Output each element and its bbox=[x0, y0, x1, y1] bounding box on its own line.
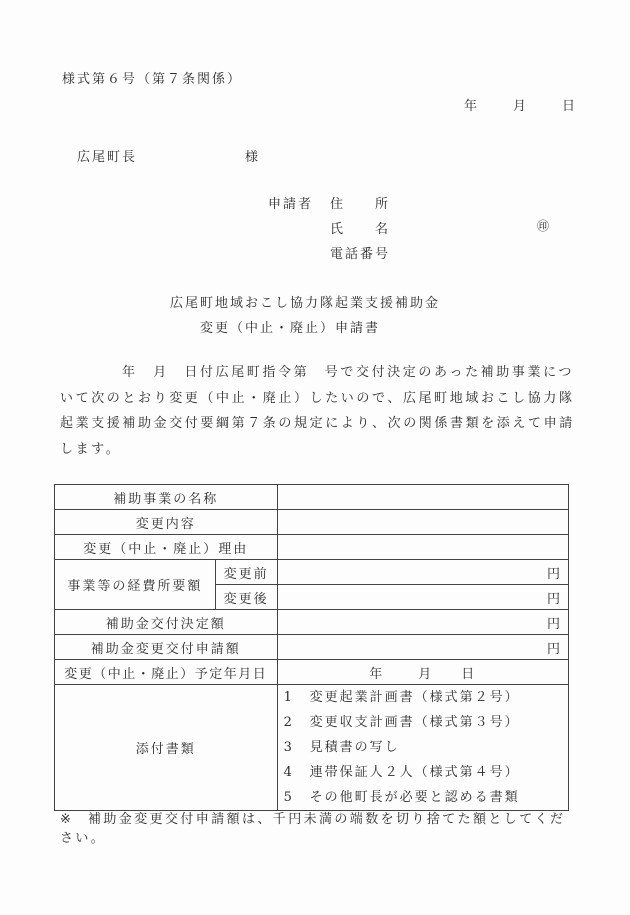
change-content-field[interactable] bbox=[277, 510, 568, 535]
decided-amount-field[interactable]: 円 bbox=[277, 610, 568, 635]
document-title: 広尾町地域おこし協力隊起業支援補助金 bbox=[170, 292, 440, 311]
submission-date: 年月日 bbox=[464, 95, 577, 114]
table-row: 補助金変更交付申請額 円 bbox=[55, 635, 569, 660]
change-reason-field[interactable] bbox=[277, 535, 568, 560]
document-subtitle: 変更（中止・廃止）申請書 bbox=[200, 317, 380, 336]
date-year: 年 bbox=[464, 95, 479, 114]
date-day: 日 bbox=[562, 95, 577, 114]
change-request-amount-field[interactable]: 円 bbox=[277, 635, 568, 660]
yen-unit: 円 bbox=[547, 642, 562, 657]
table-row: 補助金交付決定額 円 bbox=[55, 610, 569, 635]
body-paragraph: 年 月 日付広尾町指令第 号で交付決定のあった補助事業について次のとおり変更（中… bbox=[60, 360, 580, 462]
attachment-item: 2変更収支計画書（様式第３号） bbox=[284, 710, 562, 735]
expense-before-label: 変更前 bbox=[215, 560, 277, 585]
yen-unit: 円 bbox=[547, 592, 562, 607]
expense-before-field[interactable]: 円 bbox=[277, 560, 568, 585]
decided-amount-label: 補助金交付決定額 bbox=[55, 610, 278, 635]
note-mark: ※ bbox=[60, 810, 88, 829]
attachments-label: 添付書類 bbox=[55, 685, 278, 811]
footnote: ※補助金変更交付申請額は、千円未満の端数を切り捨てた額としてください。 bbox=[60, 810, 580, 848]
applicant-label: 申請者 bbox=[268, 193, 313, 212]
scheduled-year: 年 bbox=[369, 667, 384, 682]
scheduled-date-label: 変更（中止・廃止）予定年月日 bbox=[55, 660, 278, 685]
change-request-amount-label: 補助金変更交付申請額 bbox=[55, 635, 278, 660]
attachment-item: 1変更起業計画書（様式第２号） bbox=[284, 685, 562, 710]
date-month: 月 bbox=[513, 95, 528, 114]
addressee-honorific: 様 bbox=[245, 146, 260, 165]
table-row: 変更（中止・廃止）予定年月日 年月日 bbox=[55, 660, 569, 685]
scheduled-month: 月 bbox=[418, 667, 433, 682]
attachments-list: 1変更起業計画書（様式第２号） 2変更収支計画書（様式第３号） 3見積書の写し … bbox=[277, 685, 568, 811]
note-text: 補助金変更交付申請額は、千円未満の端数を切り捨てた額としてください。 bbox=[60, 812, 565, 846]
attachment-item: 4連帯保証人２人（様式第４号） bbox=[284, 760, 562, 785]
table-row: 事業等の経費所要額 変更前 円 bbox=[55, 560, 569, 585]
table-row: 変更（中止・廃止）理由 bbox=[55, 535, 569, 560]
expense-after-field[interactable]: 円 bbox=[277, 585, 568, 610]
expense-label: 事業等の経費所要額 bbox=[55, 560, 216, 610]
attachment-item: 5その他町長が必要と認める書類 bbox=[284, 785, 562, 810]
change-reason-label: 変更（中止・廃止）理由 bbox=[55, 535, 278, 560]
form-number: 様式第６号（第７条関係） bbox=[62, 68, 242, 87]
table-row: 補助事業の名称 bbox=[55, 485, 569, 510]
addressee-name: 広尾町長 bbox=[77, 146, 137, 165]
table-row: 変更内容 bbox=[55, 510, 569, 535]
scheduled-day: 日 bbox=[461, 667, 476, 682]
scheduled-date-field[interactable]: 年月日 bbox=[277, 660, 568, 685]
expense-after-label: 変更後 bbox=[215, 585, 277, 610]
seal-icon: ㊞ bbox=[537, 217, 549, 234]
project-name-label: 補助事業の名称 bbox=[55, 485, 278, 510]
change-content-label: 変更内容 bbox=[55, 510, 278, 535]
table-row: 添付書類 1変更起業計画書（様式第２号） 2変更収支計画書（様式第３号） 3見積… bbox=[55, 685, 569, 811]
yen-unit: 円 bbox=[547, 567, 562, 582]
application-table: 補助事業の名称 変更内容 変更（中止・廃止）理由 事業等の経費所要額 変更前 円… bbox=[54, 484, 569, 811]
applicant-phone-label: 電話番号 bbox=[330, 243, 390, 262]
body-text: 年 月 日付広尾町指令第 号で交付決定のあった補助事業について次のとおり変更（中… bbox=[60, 365, 575, 457]
applicant-address-label: 住 所 bbox=[330, 193, 390, 212]
project-name-field[interactable] bbox=[277, 485, 568, 510]
attachment-item: 3見積書の写し bbox=[284, 735, 562, 760]
yen-unit: 円 bbox=[547, 617, 562, 632]
applicant-name-label: 氏 名 bbox=[330, 218, 390, 237]
